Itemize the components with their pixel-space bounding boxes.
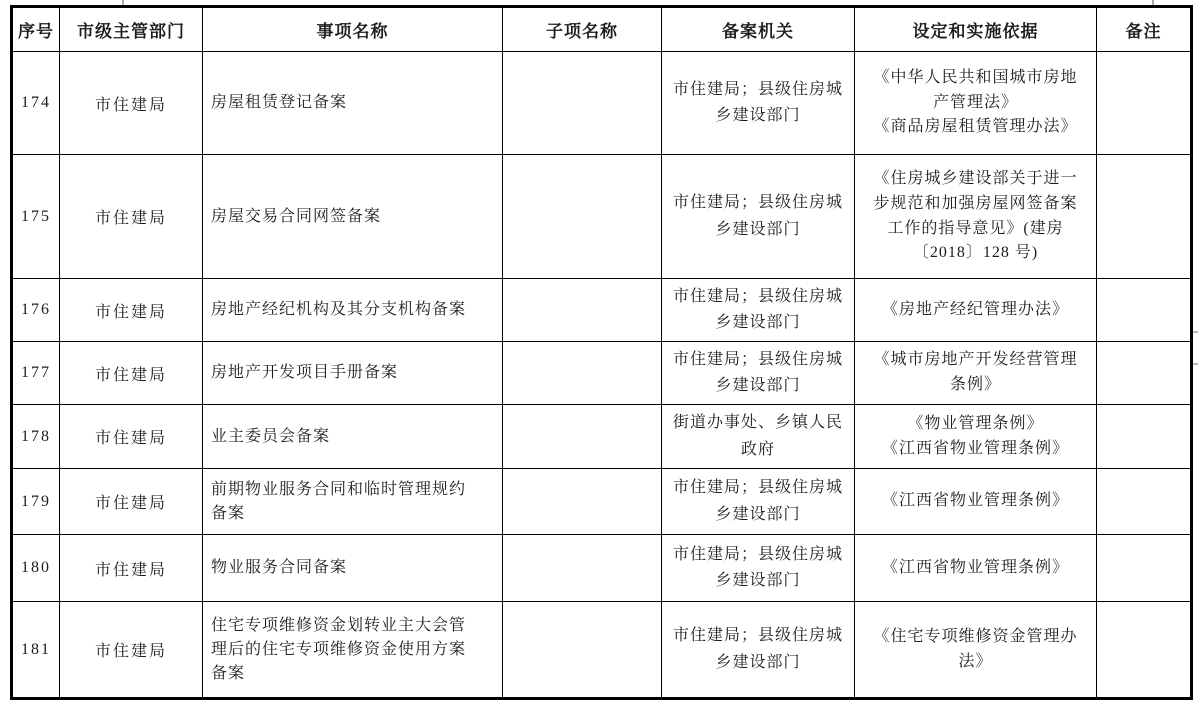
cell-authority: 街道办事处、乡镇人民政府 bbox=[662, 405, 855, 469]
table-row: 176 市住建局 房地产经纪机构及其分支机构备案 市住建局；县级住房城乡建设部门… bbox=[12, 279, 1192, 342]
cell-department: 市住建局 bbox=[60, 469, 203, 535]
cell-item-name: 物业服务合同备案 bbox=[203, 535, 503, 602]
cell-index: 181 bbox=[12, 602, 60, 699]
table-row: 180 市住建局 物业服务合同备案 市住建局；县级住房城乡建设部门 《江西省物业… bbox=[12, 535, 1192, 602]
cell-basis: 《江西省物业管理条例》 bbox=[855, 535, 1097, 602]
cell-authority: 市住建局；县级住房城乡建设部门 bbox=[662, 535, 855, 602]
cell-remark bbox=[1097, 602, 1192, 699]
filing-items-table: 序号 市级主管部门 事项名称 子项名称 备案机关 设定和实施依据 备注 174 … bbox=[10, 5, 1193, 700]
cell-index: 174 bbox=[12, 52, 60, 155]
cell-index: 175 bbox=[12, 155, 60, 279]
cell-authority: 市住建局；县级住房城乡建设部门 bbox=[662, 469, 855, 535]
cell-index: 179 bbox=[12, 469, 60, 535]
cell-authority: 市住建局；县级住房城乡建设部门 bbox=[662, 279, 855, 342]
cell-authority: 市住建局；县级住房城乡建设部门 bbox=[662, 342, 855, 405]
cell-subitem-name bbox=[503, 405, 662, 469]
cell-remark bbox=[1097, 155, 1192, 279]
law-reference: 《物业管理条例》 bbox=[870, 412, 1081, 437]
column-header-basis: 设定和实施依据 bbox=[855, 7, 1097, 52]
cell-subitem-name bbox=[503, 52, 662, 155]
law-reference: 《江西省物业管理条例》 bbox=[870, 489, 1081, 514]
cell-remark bbox=[1097, 279, 1192, 342]
cell-basis: 《中华人民共和国城市房地产管理法》 《商品房屋租赁管理办法》 bbox=[855, 52, 1097, 155]
cell-item-name: 房屋租赁登记备案 bbox=[203, 52, 503, 155]
cell-basis: 《江西省物业管理条例》 bbox=[855, 469, 1097, 535]
column-header-index: 序号 bbox=[12, 7, 60, 52]
cell-authority: 市住建局；县级住房城乡建设部门 bbox=[662, 52, 855, 155]
cell-authority: 市住建局；县级住房城乡建设部门 bbox=[662, 155, 855, 279]
cell-department: 市住建局 bbox=[60, 405, 203, 469]
cell-basis: 《物业管理条例》 《江西省物业管理条例》 bbox=[855, 405, 1097, 469]
cell-subitem-name bbox=[503, 469, 662, 535]
cell-remark bbox=[1097, 52, 1192, 155]
cell-subitem-name bbox=[503, 535, 662, 602]
table-row: 177 市住建局 房地产开发项目手册备案 市住建局；县级住房城乡建设部门 《城市… bbox=[12, 342, 1192, 405]
cell-basis: 《房地产经纪管理办法》 bbox=[855, 279, 1097, 342]
cell-subitem-name bbox=[503, 279, 662, 342]
cell-basis: 《城市房地产开发经营管理条例》 bbox=[855, 342, 1097, 405]
column-header-department: 市级主管部门 bbox=[60, 7, 203, 52]
cell-subitem-name bbox=[503, 155, 662, 279]
cell-authority: 市住建局；县级住房城乡建设部门 bbox=[662, 602, 855, 699]
cell-index: 177 bbox=[12, 342, 60, 405]
law-reference: 《江西省物业管理条例》 bbox=[870, 556, 1081, 581]
column-header-subitem-name: 子项名称 bbox=[503, 7, 662, 52]
cell-basis: 《住宅专项维修资金管理办法》 bbox=[855, 602, 1097, 699]
table-row: 178 市住建局 业主委员会备案 街道办事处、乡镇人民政府 《物业管理条例》 《… bbox=[12, 405, 1192, 469]
cell-basis: 《住房城乡建设部关于进一步规范和加强房屋网签备案工作的指导意见》(建房〔2018… bbox=[855, 155, 1097, 279]
table-row: 175 市住建局 房屋交易合同网签备案 市住建局；县级住房城乡建设部门 《住房城… bbox=[12, 155, 1192, 279]
cell-item-name: 前期物业服务合同和临时管理规约备案 bbox=[203, 469, 503, 535]
table-row: 174 市住建局 房屋租赁登记备案 市住建局；县级住房城乡建设部门 《中华人民共… bbox=[12, 52, 1192, 155]
cell-item-name: 房地产经纪机构及其分支机构备案 bbox=[203, 279, 503, 342]
law-reference: 《房地产经纪管理办法》 bbox=[870, 298, 1081, 323]
law-reference: 《商品房屋租赁管理办法》 bbox=[870, 115, 1081, 140]
law-reference: 《中华人民共和国城市房地产管理法》 bbox=[870, 66, 1081, 116]
cell-department: 市住建局 bbox=[60, 52, 203, 155]
law-reference: 《住宅专项维修资金管理办法》 bbox=[870, 625, 1081, 675]
cell-index: 180 bbox=[12, 535, 60, 602]
law-reference: 《城市房地产开发经营管理条例》 bbox=[870, 348, 1081, 398]
cell-department: 市住建局 bbox=[60, 342, 203, 405]
table-row: 179 市住建局 前期物业服务合同和临时管理规约备案 市住建局；县级住房城乡建设… bbox=[12, 469, 1192, 535]
cell-subitem-name bbox=[503, 342, 662, 405]
document-page: 序号 市级主管部门 事项名称 子项名称 备案机关 设定和实施依据 备注 174 … bbox=[0, 0, 1198, 706]
cell-department: 市住建局 bbox=[60, 535, 203, 602]
cell-item-name: 房地产开发项目手册备案 bbox=[203, 342, 503, 405]
law-reference: 《住房城乡建设部关于进一步规范和加强房屋网签备案工作的指导意见》(建房〔2018… bbox=[870, 167, 1081, 266]
cell-remark bbox=[1097, 469, 1192, 535]
cell-index: 178 bbox=[12, 405, 60, 469]
cell-item-name: 房屋交易合同网签备案 bbox=[203, 155, 503, 279]
cell-index: 176 bbox=[12, 279, 60, 342]
cell-remark bbox=[1097, 535, 1192, 602]
table-row: 181 市住建局 住宅专项维修资金划转业主大会管理后的住宅专项维修资金使用方案备… bbox=[12, 602, 1192, 699]
cell-remark bbox=[1097, 405, 1192, 469]
cell-item-name: 业主委员会备案 bbox=[203, 405, 503, 469]
cell-department: 市住建局 bbox=[60, 602, 203, 699]
cell-department: 市住建局 bbox=[60, 279, 203, 342]
column-header-authority: 备案机关 bbox=[662, 7, 855, 52]
column-header-item-name: 事项名称 bbox=[203, 7, 503, 52]
cell-subitem-name bbox=[503, 602, 662, 699]
column-header-remark: 备注 bbox=[1097, 7, 1192, 52]
cell-item-name: 住宅专项维修资金划转业主大会管理后的住宅专项维修资金使用方案备案 bbox=[203, 602, 503, 699]
header-row: 序号 市级主管部门 事项名称 子项名称 备案机关 设定和实施依据 备注 bbox=[12, 7, 1192, 52]
law-reference: 《江西省物业管理条例》 bbox=[870, 437, 1081, 462]
cell-remark bbox=[1097, 342, 1192, 405]
cell-department: 市住建局 bbox=[60, 155, 203, 279]
